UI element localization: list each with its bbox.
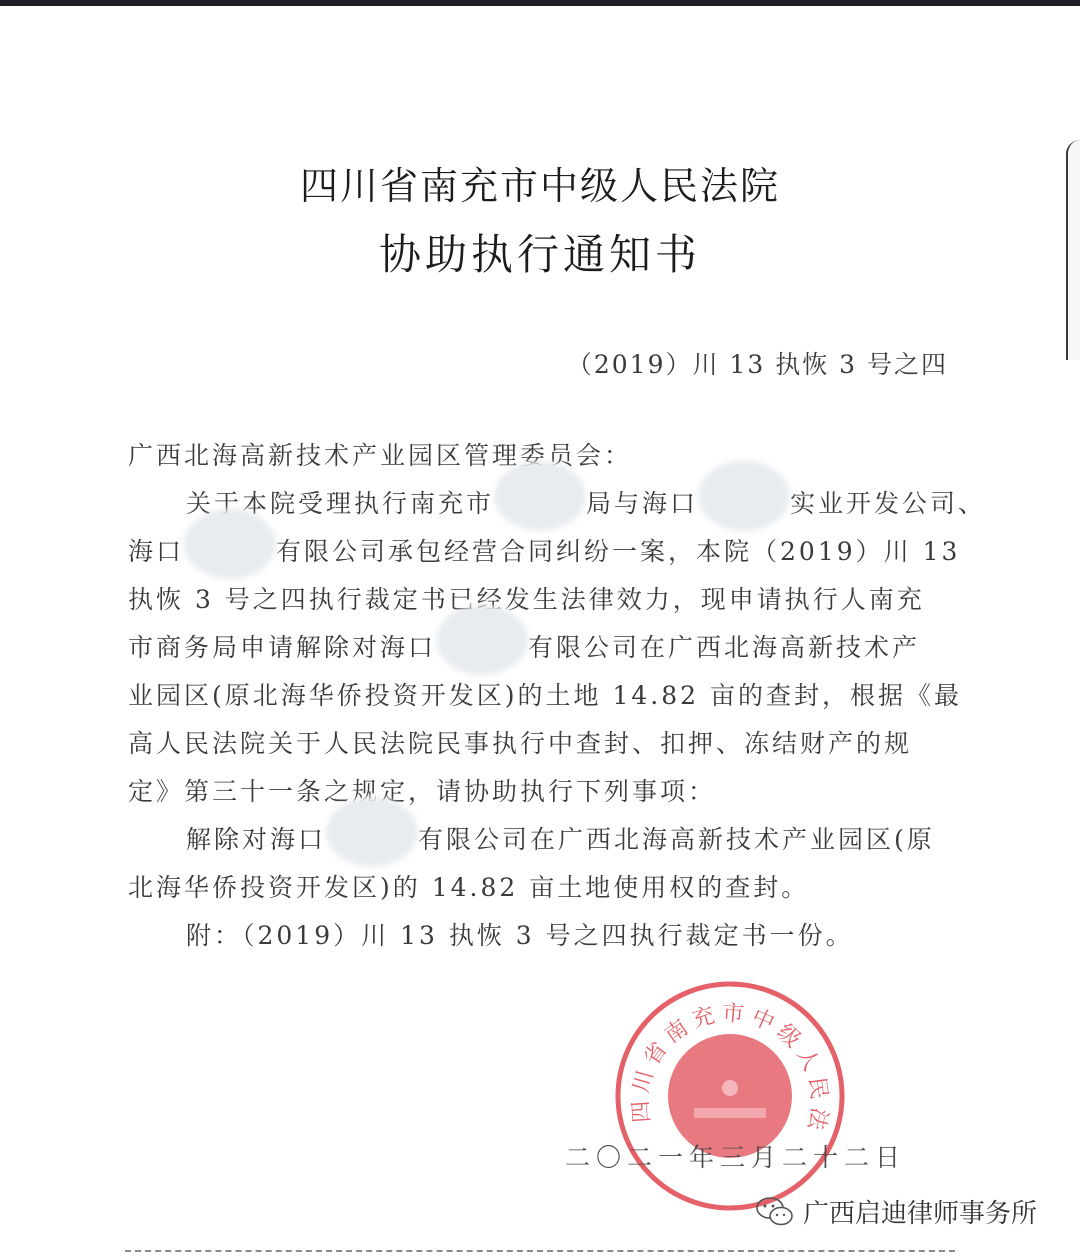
text-segment: 有限公司在广西北海高新技术产 xyxy=(528,633,920,662)
body-line: 业园区(原北海华侨投资开发区)的土地 14.82 亩的查封，根据《最 xyxy=(128,672,950,720)
item-line: 解除对海口有限公司在广西北海高新技术产业园区(原 xyxy=(128,816,950,864)
text-segment: 实业开发公司、 xyxy=(790,489,986,518)
body-line: 高人民法院关于人民法院民事执行中查封、扣押、冻结财产的规 xyxy=(128,720,950,768)
redaction-blur xyxy=(494,461,586,531)
text-segment: 局与海口 xyxy=(586,489,698,518)
attachment-line: 附：（2019）川 13 执恢 3 号之四执行裁定书一份。 xyxy=(128,912,950,960)
document-title: 协助执行通知书 xyxy=(0,222,1080,282)
bottom-dashed-line xyxy=(125,1250,955,1252)
redaction-blur xyxy=(698,461,790,531)
wechat-icon xyxy=(755,1195,795,1229)
watermark-label: 广西启迪律师事务所 xyxy=(803,1193,1037,1230)
text-segment: 市商务局申请解除对海口 xyxy=(128,633,436,662)
court-name: 四川省南充市中级人民法院 xyxy=(0,155,1080,210)
document-date: 二〇二一年三月二十二日 xyxy=(565,1138,906,1174)
body-line: 海口有限公司承包经营合同纠纷一案，本院（2019）川 13 xyxy=(128,528,950,576)
body-line: 定》第三十一条之规定，请协助执行下列事项： xyxy=(128,768,950,816)
body-line: 执恢 3 号之四执行裁定书已经发生法律效力，现申请执行人南充 xyxy=(128,576,950,624)
scan-top-border xyxy=(0,0,1080,6)
text-segment: 有限公司在广西北海高新技术产业园区(原 xyxy=(418,825,935,854)
item-line: 北海华侨投资开发区)的 14.82 亩土地使用权的查封。 xyxy=(128,864,950,912)
case-number: （2019）川 13 执恢 3 号之四 xyxy=(567,345,948,381)
redaction-blur xyxy=(326,797,418,867)
body-line: 市商务局申请解除对海口有限公司在广西北海高新技术产 xyxy=(128,624,950,672)
court-seal-icon: 四川省南充市中级人民法院 xyxy=(612,978,848,1214)
text-segment: 有限公司承包经营合同纠纷一案，本院（2019）川 13 xyxy=(276,537,960,566)
text-segment: 海口 xyxy=(128,537,184,566)
text-segment: 解除对海口 xyxy=(186,825,326,854)
watermark: 广西启迪律师事务所 xyxy=(755,1193,1037,1230)
document-body: 广西北海高新技术产业园区管理委员会： 关于本院受理执行南充市局与海口实业开发公司… xyxy=(128,432,950,960)
redaction-blur xyxy=(436,605,528,675)
redaction-blur xyxy=(184,509,276,579)
